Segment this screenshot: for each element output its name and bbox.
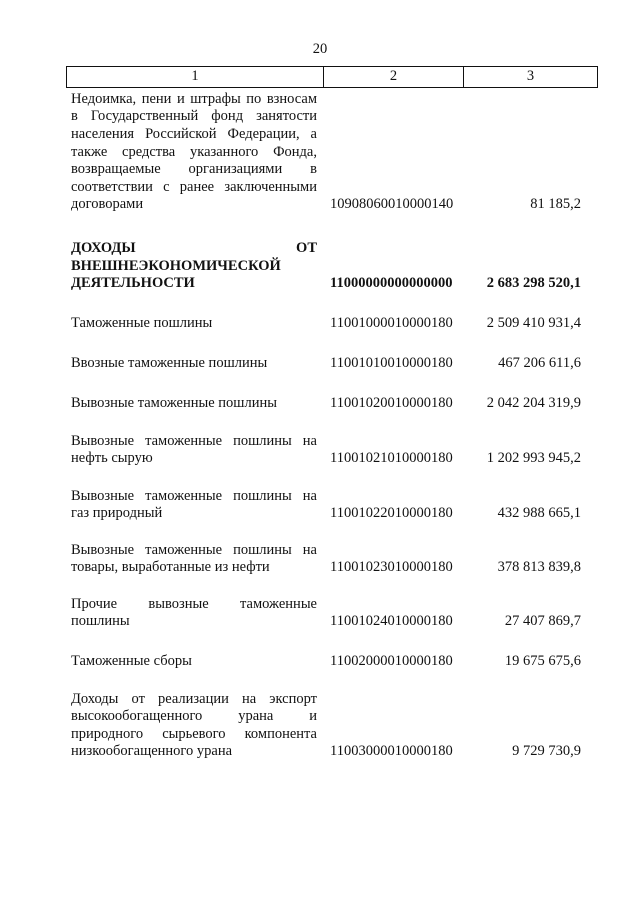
row-code: 11001022010000180 [330, 505, 453, 523]
description-line: также средства указанного Фонда, [71, 144, 317, 162]
row-code: 11003000010000180 [330, 743, 453, 761]
description-line: Таможенные сборы [71, 653, 317, 671]
row-amount: 9 729 730,9 [512, 743, 581, 761]
row-amount: 81 185,2 [530, 196, 581, 214]
description-line: Доходы от реализации на экспорт [71, 691, 317, 709]
description-line: в Государственный фонд занятости [71, 108, 317, 126]
row-description: Вывозные таможенные пошлины натовары, вы… [71, 542, 317, 577]
row-amount: 1 202 993 945,2 [487, 450, 581, 468]
description-line: Вывозные таможенные пошлины на [71, 433, 317, 451]
header-col-2: 2 [324, 67, 464, 87]
row-amount: 378 813 839,8 [498, 559, 581, 577]
row-description: Прочие вывозные таможенныепошлины [71, 596, 317, 631]
table-row: Ввозные таможенные пошлины11001010010000… [71, 355, 581, 373]
description-line: Вывозные таможенные пошлины на [71, 488, 317, 506]
table-row: Доходы от реализации на экспортвысокообо… [71, 691, 581, 761]
row-code: 11001024010000180 [330, 613, 453, 631]
row-description: Недоимка, пени и штрафы по взносамв Госу… [71, 91, 317, 214]
row-amount: 2 509 410 931,4 [487, 315, 581, 333]
row-description: Доходы от реализации на экспортвысокообо… [71, 691, 317, 761]
description-line: возвращаемые организациями в [71, 161, 317, 179]
description-line: договорами [71, 196, 317, 214]
row-amount: 432 988 665,1 [498, 505, 581, 523]
row-description: Таможенные пошлины [71, 315, 317, 333]
table-row: Вывозные таможенные пошлины нанефть сыру… [71, 433, 581, 468]
description-line: Таможенные пошлины [71, 315, 317, 333]
row-amount: 2 683 298 520,1 [487, 275, 581, 293]
row-code: 11000000000000000 [330, 275, 452, 293]
header-col-3: 3 [464, 67, 597, 87]
description-line: Вывозные таможенные пошлины [71, 395, 317, 413]
description-line: Вывозные таможенные пошлины на [71, 542, 317, 560]
row-description: Вывозные таможенные пошлины нагаз природ… [71, 488, 317, 523]
row-description: ДОХОДЫ ОТВНЕШНЕЭКОНОМИЧЕСКОЙДЕЯТЕЛЬНОСТИ [71, 240, 317, 293]
description-line: соответствии с ранее заключенными [71, 179, 317, 197]
row-code: 11001020010000180 [330, 395, 453, 413]
table-row: Недоимка, пени и штрафы по взносамв Госу… [71, 91, 581, 214]
table-row: Прочие вывозные таможенныепошлины1100102… [71, 596, 581, 631]
row-code: 10908060010000140 [330, 196, 453, 214]
description-line: населения Российской Федерации, а [71, 126, 317, 144]
row-amount: 27 407 869,7 [505, 613, 581, 631]
row-code: 11001000010000180 [330, 315, 453, 333]
description-line: природного сырьевого компонента [71, 726, 317, 744]
table-row: Таможенные пошлины110010000100001802 509… [71, 315, 581, 333]
description-line: низкообогащенного урана [71, 743, 317, 761]
description-line: Ввозные таможенные пошлины [71, 355, 317, 373]
description-line: высокообогащенного урана и [71, 708, 317, 726]
row-description: Вывозные таможенные пошлины [71, 395, 317, 413]
table-row: Вывозные таможенные пошлины1100102001000… [71, 395, 581, 413]
description-line: товары, выработанные из нефти [71, 559, 317, 577]
description-line: пошлины [71, 613, 317, 631]
description-line: нефть сырую [71, 450, 317, 468]
table-row: Вывозные таможенные пошлины нагаз природ… [71, 488, 581, 523]
row-amount: 19 675 675,6 [505, 653, 581, 671]
row-description: Ввозные таможенные пошлины [71, 355, 317, 373]
description-line: ВНЕШНЕЭКОНОМИЧЕСКОЙ [71, 258, 317, 276]
description-line: ДОХОДЫ ОТ [71, 240, 317, 258]
row-description: Вывозные таможенные пошлины нанефть сыру… [71, 433, 317, 468]
table-header: 1 2 3 [66, 66, 598, 88]
row-code: 11001021010000180 [330, 450, 453, 468]
description-line: газ природный [71, 505, 317, 523]
description-line: ДЕЯТЕЛЬНОСТИ [71, 275, 317, 293]
header-col-1: 1 [67, 67, 324, 87]
table-row: Таможенные сборы1100200001000018019 675 … [71, 653, 581, 671]
row-description: Таможенные сборы [71, 653, 317, 671]
row-amount: 2 042 204 319,9 [487, 395, 581, 413]
row-code: 11001010010000180 [330, 355, 453, 373]
table-row: Вывозные таможенные пошлины натовары, вы… [71, 542, 581, 577]
row-code: 11001023010000180 [330, 559, 453, 577]
row-code: 11002000010000180 [330, 653, 453, 671]
description-line: Прочие вывозные таможенные [71, 596, 317, 614]
row-amount: 467 206 611,6 [498, 355, 581, 373]
table-row: ДОХОДЫ ОТВНЕШНЕЭКОНОМИЧЕСКОЙДЕЯТЕЛЬНОСТИ… [71, 240, 581, 293]
description-line: Недоимка, пени и штрафы по взносам [71, 91, 317, 109]
page-number: 20 [0, 41, 640, 58]
